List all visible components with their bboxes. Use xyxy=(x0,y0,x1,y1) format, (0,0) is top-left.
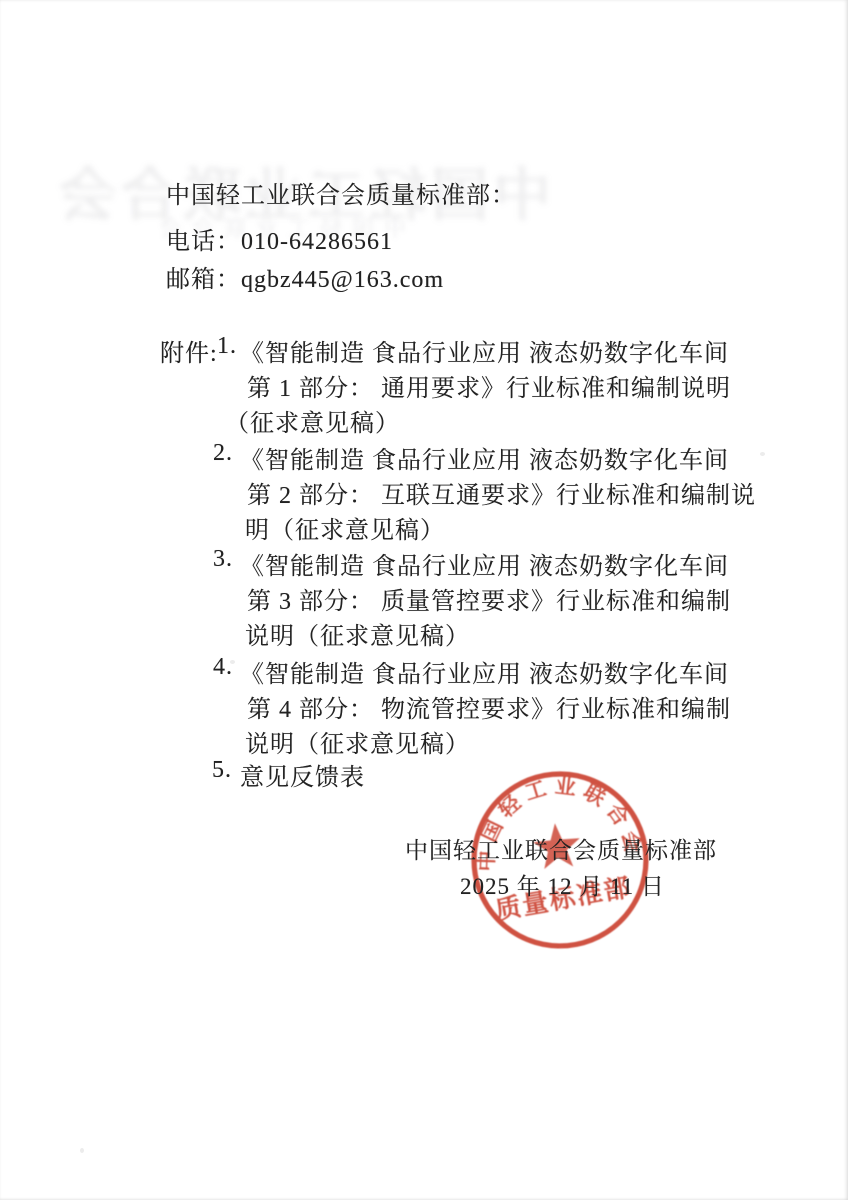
attachments-prefix: 附件: xyxy=(160,333,218,368)
attachment-item-line: 《智能制造 食品行业应用 液态奶数字化车间 xyxy=(240,440,729,475)
attachment-item-line: 《智能制造 食品行业应用 液态奶数字化车间 xyxy=(240,333,729,368)
email-line: 邮箱：qgbz445@163.com xyxy=(166,259,444,294)
attachment-item-number: 1. xyxy=(217,333,237,360)
attachment-item-line: 意见反馈表 xyxy=(240,757,365,792)
signature-date: 2025 年 12 月 11 日 xyxy=(460,868,665,901)
recipient-line: 中国轻工业联合会质量标准部： xyxy=(166,175,516,210)
attachment-item-line: 说明（征求意见稿） xyxy=(245,724,470,759)
attachment-item-number: 4. xyxy=(213,654,233,681)
attachment-item-line: 说明（征求意见稿） xyxy=(245,616,470,651)
attachment-item-line: 第 1 部分： 通用要求》行业标准和编制说明 xyxy=(247,368,731,403)
scan-speck xyxy=(760,452,765,456)
attachment-item-line: （征求意见稿） xyxy=(225,403,400,438)
attachment-item-line: 第 4 部分： 物流管控要求》行业标准和编制 xyxy=(247,689,731,724)
phone-line: 电话：010-64286561 xyxy=(166,221,393,256)
attachment-item-line: 《智能制造 食品行业应用 液态奶数字化车间 xyxy=(240,654,729,689)
attachment-item-line: 《智能制造 食品行业应用 液态奶数字化车间 xyxy=(240,546,729,581)
scanned-document-page: 中国轻工业联合会 中国轻工业联合会 中国轻工业联合会质量标准部： 电话：010-… xyxy=(0,0,848,1200)
signature-organization: 中国轻工业联合会质量标准部 xyxy=(405,832,717,865)
attachment-item-number: 3. xyxy=(213,546,233,573)
attachment-item-line: 明（征求意见稿） xyxy=(245,510,445,545)
attachment-item-number: 5. xyxy=(212,757,232,784)
scan-speck xyxy=(80,1148,84,1153)
attachment-item-line: 第 2 部分： 互联互通要求》行业标准和编制说 xyxy=(247,475,756,510)
attachment-item-number: 2. xyxy=(213,440,233,467)
attachment-item-line: 第 3 部分： 质量管控要求》行业标准和编制 xyxy=(247,581,731,616)
